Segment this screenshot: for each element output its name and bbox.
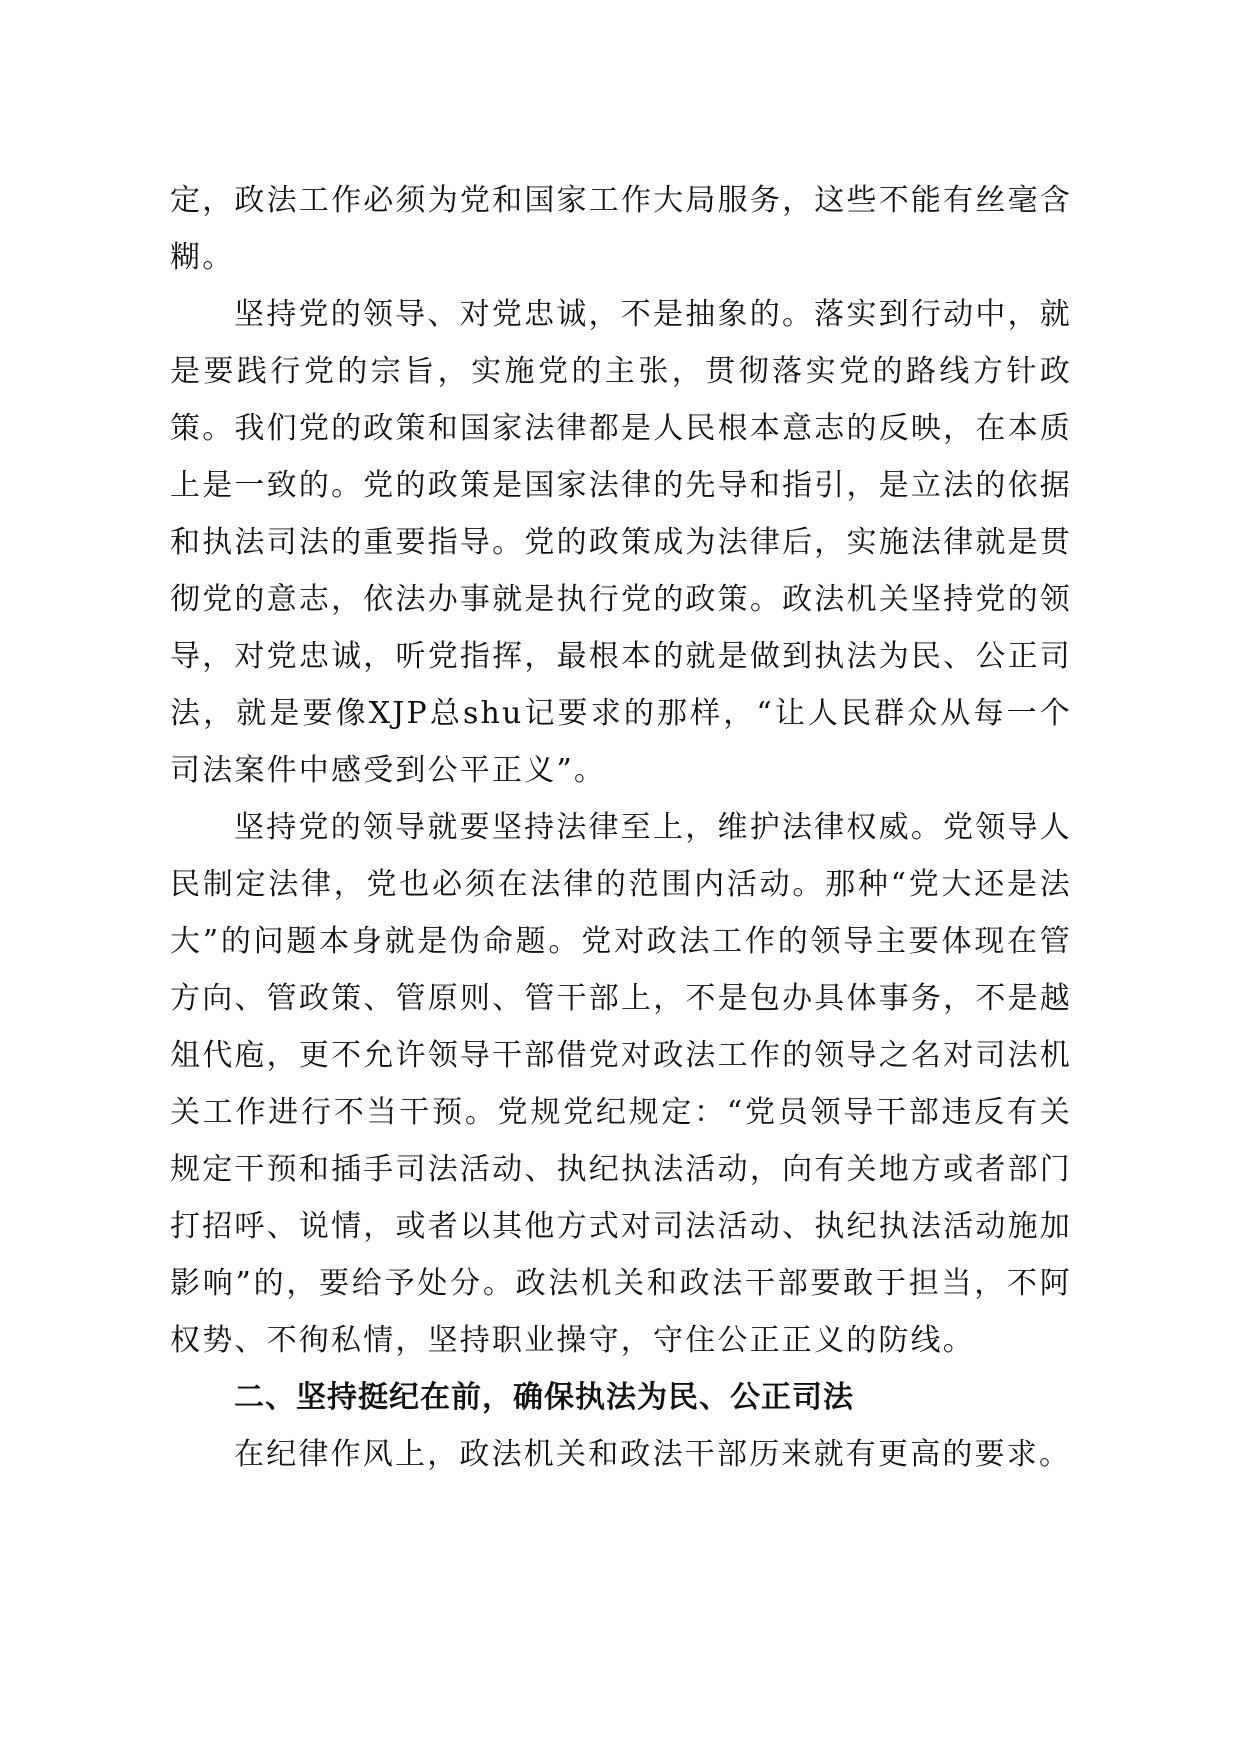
- document-page: 定，政法工作必须为党和国家工作大局服务，这些不能有丝毫含糊。 坚持党的领导、对党…: [0, 0, 1241, 1755]
- paragraph-discipline: 在纪律作风上，政法机关和政法干部历来就有更高的要求。: [170, 1426, 1072, 1483]
- document-body: 定，政法工作必须为党和国家工作大局服务，这些不能有丝毫含糊。 坚持党的领导、对党…: [170, 172, 1072, 1483]
- section-heading: 二、坚持挺纪在前，确保执法为民、公正司法: [170, 1369, 1072, 1426]
- paragraph-continuation: 定，政法工作必须为党和国家工作大局服务，这些不能有丝毫含糊。: [170, 172, 1072, 286]
- paragraph-party-leadership: 坚持党的领导、对党忠诚，不是抽象的。落实到行动中，就是要践行党的宗旨，实施党的主…: [170, 286, 1072, 799]
- paragraph-rule-of-law: 坚持党的领导就要坚持法律至上，维护法律权威。党领导人民制定法律，党也必须在法律的…: [170, 799, 1072, 1369]
